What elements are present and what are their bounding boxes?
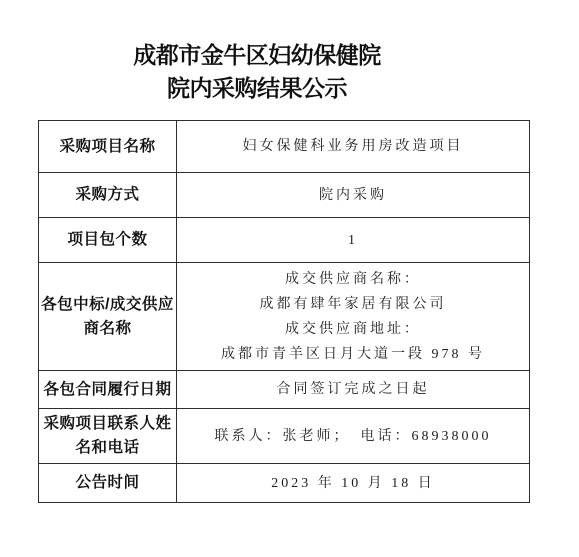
row-label: 采购方式	[39, 173, 177, 218]
table-row-project-name: 采购项目名称 妇女保健科业务用房改造项目	[39, 121, 530, 173]
row-value: 联系人：张老师； 电话：68938000	[177, 409, 530, 464]
row-value: 成交供应商名称： 成都有肆年家居有限公司 成交供应商地址： 成都市青羊区日月大道…	[177, 263, 530, 371]
document-title-line2: 院内采购结果公示	[0, 72, 514, 105]
row-label: 公告时间	[39, 464, 177, 503]
row-value: 1	[177, 218, 530, 263]
row-label: 各包中标/成交供应 商名称	[39, 263, 177, 371]
document-page: 成都市金牛区妇幼保健院 院内采购结果公示 采购项目名称 妇女保健科业务用房改造项…	[0, 0, 579, 557]
procurement-result-table: 采购项目名称 妇女保健科业务用房改造项目 采购方式 院内采购 项目包个数 1 各…	[38, 120, 530, 503]
table-row-package-count: 项目包个数 1	[39, 218, 530, 263]
table-row-winning-supplier: 各包中标/成交供应 商名称 成交供应商名称： 成都有肆年家居有限公司 成交供应商…	[39, 263, 530, 371]
document-title: 成都市金牛区妇幼保健院 院内采购结果公示	[0, 39, 514, 105]
row-label: 项目包个数	[39, 218, 177, 263]
row-label: 采购项目联系人姓 名和电话	[39, 409, 177, 464]
table-row-contact-info: 采购项目联系人姓 名和电话 联系人：张老师； 电话：68938000	[39, 409, 530, 464]
row-value: 2023 年 10 月 18 日	[177, 464, 530, 503]
row-value: 院内采购	[177, 173, 530, 218]
row-label: 各包合同履行日期	[39, 371, 177, 409]
row-label: 采购项目名称	[39, 121, 177, 173]
table-row-procurement-method: 采购方式 院内采购	[39, 173, 530, 218]
row-value: 合同签订完成之日起	[177, 371, 530, 409]
table-row-contract-performance-date: 各包合同履行日期 合同签订完成之日起	[39, 371, 530, 409]
table-row-announcement-date: 公告时间 2023 年 10 月 18 日	[39, 464, 530, 503]
row-value: 妇女保健科业务用房改造项目	[177, 121, 530, 173]
document-title-line1: 成都市金牛区妇幼保健院	[0, 39, 514, 72]
